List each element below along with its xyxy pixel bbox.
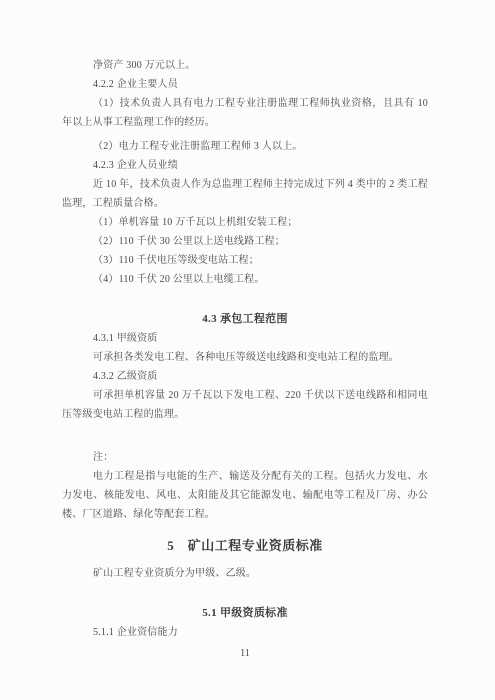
section-heading-4-3: 4.3 承包工程范围 [62, 310, 428, 329]
paragraph-grade-b-scope: 可承担单机容量 20 万千瓦以下发电工程、220 千伏以下送电线路和相同电压等级… [62, 386, 428, 424]
page-number: 11 [62, 644, 428, 663]
list-item-2-project: （2）110 千伏 30 公里以上送电线路工程； [62, 232, 428, 251]
clause-heading-4-3-1: 4.3.1 甲级资质 [62, 329, 428, 348]
paragraph-grade-a-scope: 可承担各类发电工程、各种电压等级送电线路和变电站工程的监理。 [62, 348, 428, 367]
list-item-1-project: （1）单机容量 10 万千瓦以上机组安装工程； [62, 213, 428, 232]
note-label: 注： [62, 448, 428, 467]
list-item-2-personnel: （2）电力工程专业注册监理工程师 3 人以上。 [62, 137, 428, 156]
paragraph-net-assets: 净资产 300 万元以上。 [62, 56, 428, 75]
clause-heading-4-3-2: 4.3.2 乙级资质 [62, 367, 428, 386]
list-item-1-personnel: （1）技术负责人具有电力工程专业注册监理工程师执业资格，且具有 10 年以上从事… [62, 94, 428, 132]
clause-heading-4-2-3: 4.2.3 企业人员业绩 [62, 156, 428, 175]
clause-heading-5-1-1: 5.1.1 企业资信能力 [62, 623, 428, 642]
list-item-4-project: （4）110 千伏 20 公里以上电缆工程。 [62, 270, 428, 289]
list-item-3-project: （3）110 千伏电压等级变电站工程； [62, 251, 428, 270]
paragraph-track-record: 近 10 年，技术负责人作为总监理工程师主持完成过下列 4 类中的 2 类工程监… [62, 175, 428, 213]
clause-heading-4-2-2: 4.2.2 企业主要人员 [62, 75, 428, 94]
paragraph-note-definition: 电力工程是指与电能的生产、输送及分配有关的工程。包括火力发电、水力发电、核能发电… [62, 467, 428, 524]
section-heading-5-1: 5.1 甲级资质标准 [62, 604, 428, 623]
page-content: 净资产 300 万元以上。 4.2.2 企业主要人员 （1）技术负责人具有电力工… [62, 56, 428, 663]
chapter-heading-5: 5 矿山工程专业资质标准 [62, 535, 428, 557]
paragraph-mining-grades: 矿山工程专业资质分为甲级、乙级。 [62, 564, 428, 583]
document-page: 净资产 300 万元以上。 4.2.2 企业主要人员 （1）技术负责人具有电力工… [0, 0, 495, 700]
